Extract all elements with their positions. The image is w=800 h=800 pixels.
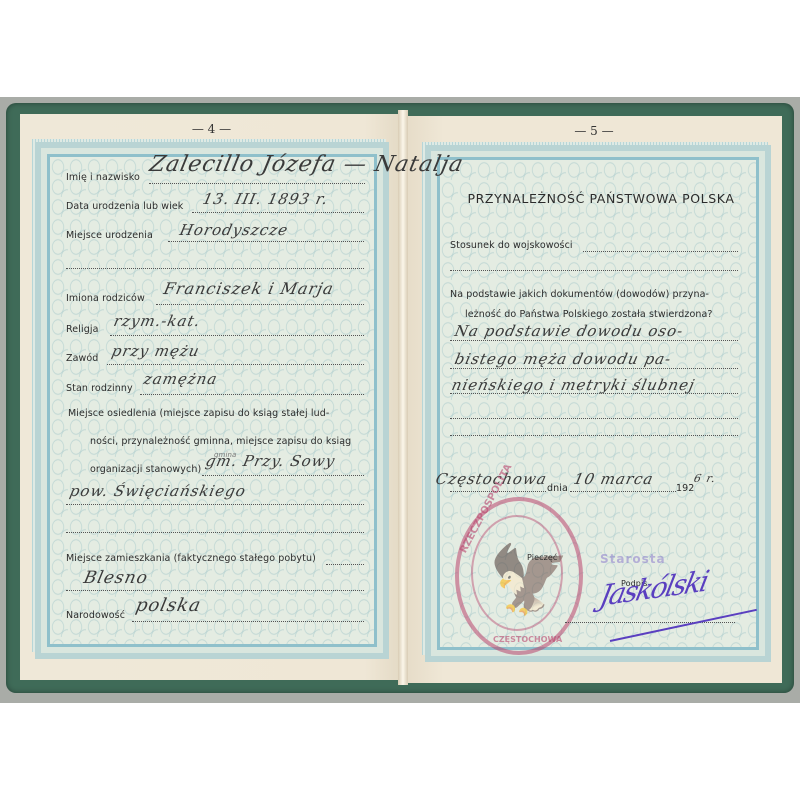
documents-answer-line2: bistego męża dowodu pa- <box>453 350 673 368</box>
field-label-parents: Imiona rodziców <box>66 293 145 304</box>
seal-text-bottom: CZĘSTOCHOWA <box>493 635 562 644</box>
issue-date: 10 marca <box>572 470 655 488</box>
field-label-name: Imię i nazwisko <box>66 172 140 183</box>
book-spine <box>398 110 408 685</box>
section-title: PRZYNALEŻNOŚĆ PAŃSTWOWA POLSKA <box>431 191 771 206</box>
field-label-military: Stosunek do wojskowości <box>450 240 573 251</box>
field-label-occupation: Zawód <box>66 353 98 364</box>
documents-question-line1: Na podstawie jakich dokumentów (dowodów)… <box>450 289 709 300</box>
field-label-nationality: Narodowość <box>66 610 125 621</box>
documents-answer-line1: Na podstawie dowodu oso- <box>453 322 685 340</box>
page-number: — 4 — <box>20 122 403 136</box>
field-value-marital-status: zamężna <box>142 370 219 388</box>
field-label-settlement-line2: ności, przynależność gminna, miejsce zap… <box>90 436 351 447</box>
field-value-occupation: przy mężu <box>110 342 201 360</box>
eagle-emblem-icon: 🦅 <box>488 530 558 630</box>
date-label: dnia <box>547 483 568 494</box>
field-value-name: Zalecillo Józefa — Natalja <box>147 152 466 177</box>
field-value-birthplace: Horodyszcze <box>178 221 290 239</box>
official-title-stamp: Starosta <box>600 552 666 566</box>
page-number: — 5 — <box>406 124 782 138</box>
documents-answer-line3: nieńskiego i metryki ślubnej <box>450 376 697 394</box>
field-value-residence: Blesno <box>82 568 150 588</box>
field-label-religion: Religja <box>66 324 99 335</box>
seal-label: Pieczęć <box>527 553 557 562</box>
field-value-parents: Franciszek i Marja <box>162 279 336 298</box>
field-value-religion: rzym.-kat. <box>112 312 202 330</box>
documents-question-line2: leżność do Państwa Polskiego została stw… <box>465 309 713 320</box>
field-label-settlement-line3: organizacji stanowych) <box>90 464 201 475</box>
field-value-settlement-line2: pow. Święciańskiego <box>68 482 248 500</box>
field-label-settlement-line1: Miejsce osiedlenia (miejsce zapisu do ks… <box>68 408 329 419</box>
field-label-marital-status: Stan rodzinny <box>66 383 133 394</box>
field-value-birthdate: 13. III. 1893 r. <box>201 190 330 208</box>
field-label-residence: Miejsce zamieszkania (faktycznego stałeg… <box>66 553 316 564</box>
field-value-nationality: polska <box>134 595 203 616</box>
field-value-settlement: gm. Przy. Sowy <box>204 452 337 470</box>
field-label-birthplace: Miejsce urodzenia <box>66 230 153 241</box>
field-label-birthdate: Data urodzenia lub wiek <box>66 201 183 212</box>
year-suffix: 6 r. <box>693 472 718 485</box>
